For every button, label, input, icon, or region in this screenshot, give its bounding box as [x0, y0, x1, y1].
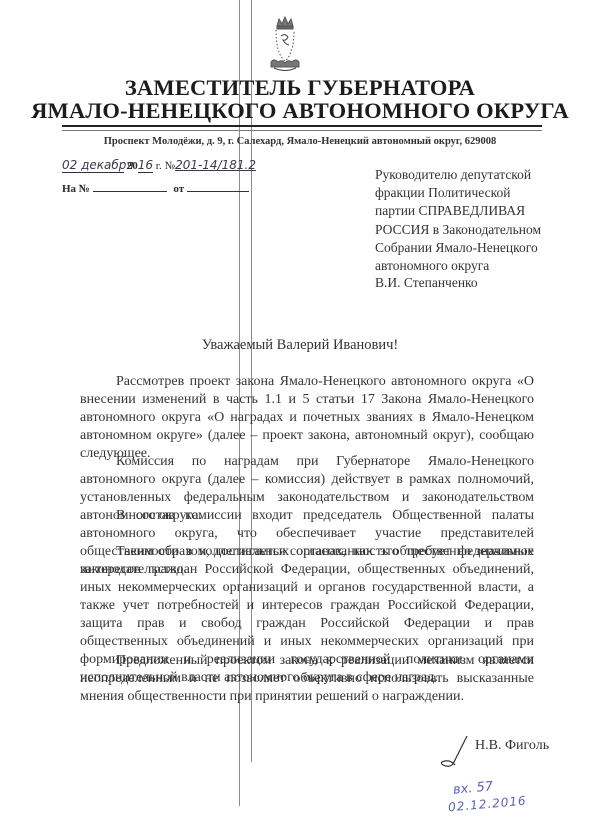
header-rule-thick	[62, 125, 542, 127]
outgoing-date: 02 декабря	[62, 158, 124, 173]
recipient-name: В.И. Степанченко	[375, 275, 478, 291]
reply-date-field	[187, 181, 249, 192]
reply-number-label: На №	[62, 183, 90, 195]
number-label: №	[165, 160, 176, 172]
header-rule-thin	[62, 130, 542, 131]
year-prefix: 20	[127, 160, 138, 172]
body-paragraph: Предложенный проектом закона к реализаци…	[80, 652, 534, 706]
recipient-line: Руководителю депутатской	[375, 166, 575, 184]
reply-from-label: от	[173, 183, 184, 195]
outgoing-registration: 02 декабря 2016 г. №201-14/181.2	[62, 158, 256, 173]
recipient-line: партии СПРАВЕДЛИВАЯ	[375, 202, 575, 220]
salutation: Уважаемый Валерий Иванович!	[0, 337, 600, 354]
signer-name: Н.В. Фиголь	[475, 738, 549, 754]
reply-reference: На № от	[62, 181, 249, 195]
year-suffix: 16	[138, 158, 153, 173]
recipient-line: РОССИЯ в Законодательном	[375, 221, 575, 239]
recipient-line: автономного округа	[375, 257, 575, 275]
incoming-number: вх. 57	[452, 779, 493, 797]
yamal-coat-of-arms-icon	[268, 14, 302, 76]
reply-number-field	[93, 181, 167, 192]
issuer-title-line2: ЯМАЛО-НЕНЕЦКОГО АВТОНОМНОГО ОКРУГА	[0, 98, 600, 124]
body-paragraph: Рассмотрев проект закона Ямало-Ненецкого…	[80, 373, 534, 463]
year-label: г.	[156, 160, 162, 172]
outgoing-number: 201-14/181.2	[175, 158, 256, 172]
issuer-address: Проспект Молодёжи, д. 9, г. Салехард, Ям…	[0, 136, 600, 147]
recipient-block: Руководителю депутатской фракции Политич…	[375, 166, 575, 275]
recipient-line: Собрании Ямало-Ненецкого	[375, 239, 575, 257]
handwritten-signature-icon	[435, 732, 475, 772]
recipient-line: фракции Политической	[375, 184, 575, 202]
